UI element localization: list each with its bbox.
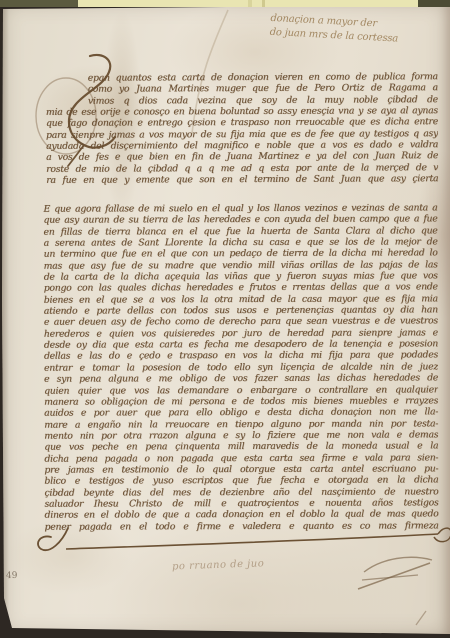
paragraph-2-lines: E que agora fallase de mi suelo en el qu… — [43, 202, 438, 532]
text-block-paragraph-2: E que agora fallase de mi suelo en el qu… — [43, 202, 438, 534]
paragraph-1-lines: epan quantos esta carta de donaçion vier… — [46, 71, 438, 186]
manuscript-line: blico e testigos de yuso escriptos que f… — [44, 475, 438, 488]
notary-rubric-flourish — [352, 552, 437, 594]
manuscript-page: donaçion a mayor der do juan mrs de la c… — [0, 0, 450, 638]
manuscript-line: un termino que fue en el que con un peda… — [44, 248, 438, 261]
pen-slash-mark — [414, 610, 428, 626]
manuscript-line: que asy auran de su tierra de las hereda… — [43, 214, 437, 227]
text-block-paragraph-1: epan quantos esta carta de donaçion vier… — [46, 71, 439, 189]
folio-number: 49 — [6, 571, 18, 581]
initial-letter-gap — [46, 73, 88, 107]
top-right-annotation: donaçion a mayor der do juan mrs de la c… — [269, 12, 430, 47]
top-edge-strip — [0, 0, 450, 7]
manuscript-photo: donaçion a mayor der do juan mrs de la c… — [0, 0, 450, 638]
manuscript-line: e syn pena alguna e me obligo de vos faz… — [44, 372, 438, 385]
manuscript-line: ra fue en que y emente que son en el ter… — [46, 173, 438, 186]
page-gutter-shadow — [2, 8, 9, 628]
manuscript-line: que vos peche en pena çinquenta mill mar… — [44, 441, 438, 454]
manuscript-line: auidos e por auer que para ello obligo e… — [44, 406, 438, 419]
